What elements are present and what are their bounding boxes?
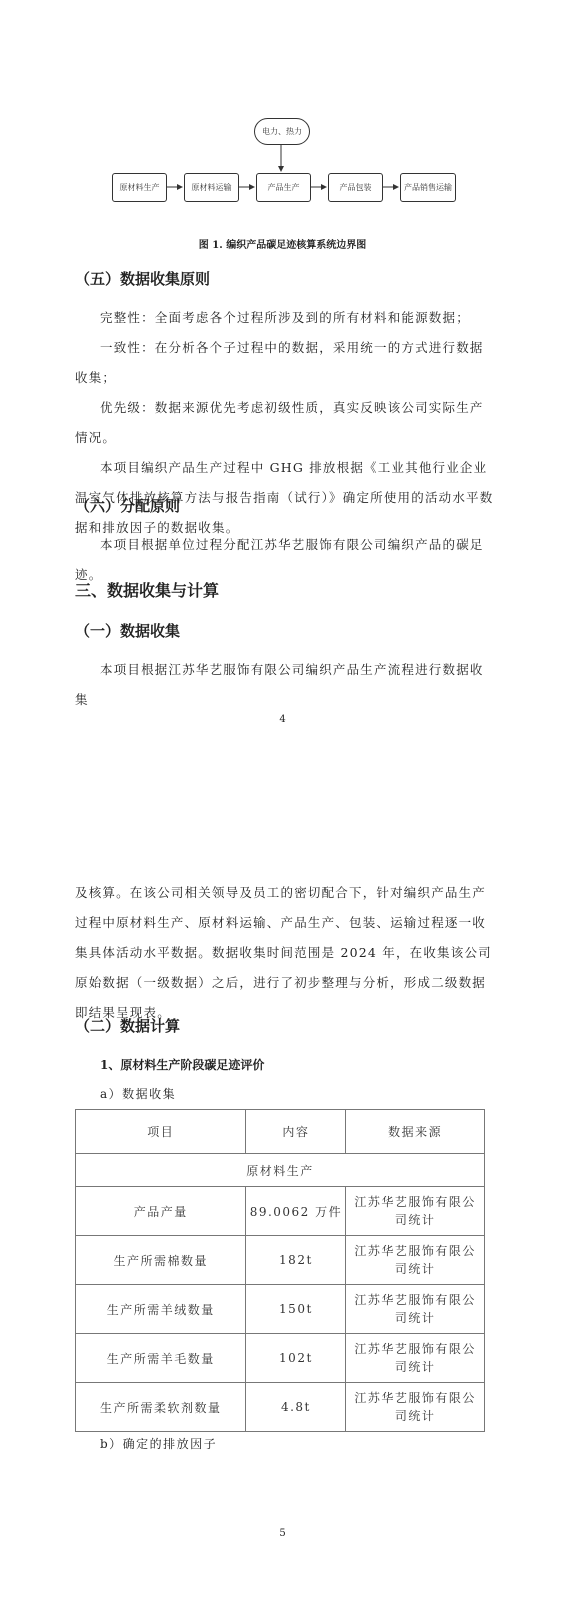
heading-chapter-3: 三、数据收集与计算 (75, 578, 219, 601)
heading-allocation-principle: （六）分配原则 (75, 495, 180, 516)
cell-item: 产品产量 (76, 1187, 246, 1236)
table-row: 生产所需羊毛数量 102t 江苏华艺服饰有限公司统计 (76, 1334, 485, 1383)
cell-item: 生产所需柔软剂数量 (76, 1383, 246, 1432)
cell-content: 150t (246, 1285, 346, 1334)
table-row: 产品产量 89.0062 万件 江苏华艺服饰有限公司统计 (76, 1187, 485, 1236)
node-raw-material-transport: 原材料运输 (184, 173, 239, 202)
cell-item: 生产所需羊绒数量 (76, 1285, 246, 1334)
node-product-sales-transport: 产品销售运输 (400, 173, 456, 202)
header-content: 内容 (246, 1110, 346, 1154)
label-a-data-collection: a）数据收集 (100, 1085, 176, 1102)
data-collection-paragraph-p4: 本项目根据江苏华艺服饰有限公司编织产品生产流程进行数据收集 (75, 655, 495, 715)
table-row: 生产所需棉数量 182t 江苏华艺服饰有限公司统计 (76, 1236, 485, 1285)
principle-consistency: 一致性：在分析各个子过程中的数据，采用统一的方式进行数据收集； (75, 333, 495, 393)
page-number-5: 5 (0, 1528, 565, 1539)
cell-source: 江苏华艺服饰有限公司统计 (346, 1187, 485, 1236)
energy-input-node: 电力、热力 (254, 118, 310, 145)
header-source: 数据来源 (346, 1110, 485, 1154)
figure-caption: 图 1. 编织产品碳足迹核算系统边界图 (0, 236, 565, 251)
heading-data-collection-principles: （五）数据收集原则 (75, 268, 210, 289)
heading-data-collection: （一）数据收集 (75, 620, 180, 641)
node-product-production: 产品生产 (256, 173, 311, 202)
table-section-row: 原材料生产 (76, 1154, 485, 1187)
cell-content: 4.8t (246, 1383, 346, 1432)
cell-content: 102t (246, 1334, 346, 1383)
cell-item: 生产所需羊毛数量 (76, 1334, 246, 1383)
label-b-emission-factors: b）确定的排放因子 (100, 1435, 217, 1452)
cell-content: 89.0062 万件 (246, 1187, 346, 1236)
node-product-packaging: 产品包装 (328, 173, 383, 202)
cell-content: 182t (246, 1236, 346, 1285)
table-header-row: 项目 内容 数据来源 (76, 1110, 485, 1154)
header-item: 项目 (76, 1110, 246, 1154)
cell-source: 江苏华艺服饰有限公司统计 (346, 1383, 485, 1432)
section-raw-material-production: 原材料生产 (76, 1154, 485, 1187)
cell-item: 生产所需棉数量 (76, 1236, 246, 1285)
cell-source: 江苏华艺服饰有限公司统计 (346, 1285, 485, 1334)
heading-data-calculation: （二）数据计算 (75, 1015, 180, 1036)
data-collection-paragraph-p5: 及核算。在该公司相关领导及员工的密切配合下，针对编织产品生产过程中原材料生产、原… (75, 878, 495, 1028)
cell-source: 江苏华艺服饰有限公司统计 (346, 1236, 485, 1285)
principle-priority: 优先级：数据来源优先考虑初级性质，真实反映该公司实际生产情况。 (75, 393, 495, 453)
table-row: 生产所需柔软剂数量 4.8t 江苏华艺服饰有限公司统计 (76, 1383, 485, 1432)
node-raw-material-production: 原材料生产 (112, 173, 167, 202)
principle-completeness: 完整性：全面考虑各个过程所涉及到的所有材料和能源数据； (75, 303, 495, 333)
page-number-4: 4 (0, 714, 565, 725)
heading-raw-material-stage: 1、原材料生产阶段碳足迹评价 (100, 1056, 264, 1073)
raw-material-data-table: 项目 内容 数据来源 原材料生产 产品产量 89.0062 万件 江苏华艺服饰有… (75, 1109, 485, 1432)
cell-source: 江苏华艺服饰有限公司统计 (346, 1334, 485, 1383)
table-row: 生产所需羊绒数量 150t 江苏华艺服饰有限公司统计 (76, 1285, 485, 1334)
